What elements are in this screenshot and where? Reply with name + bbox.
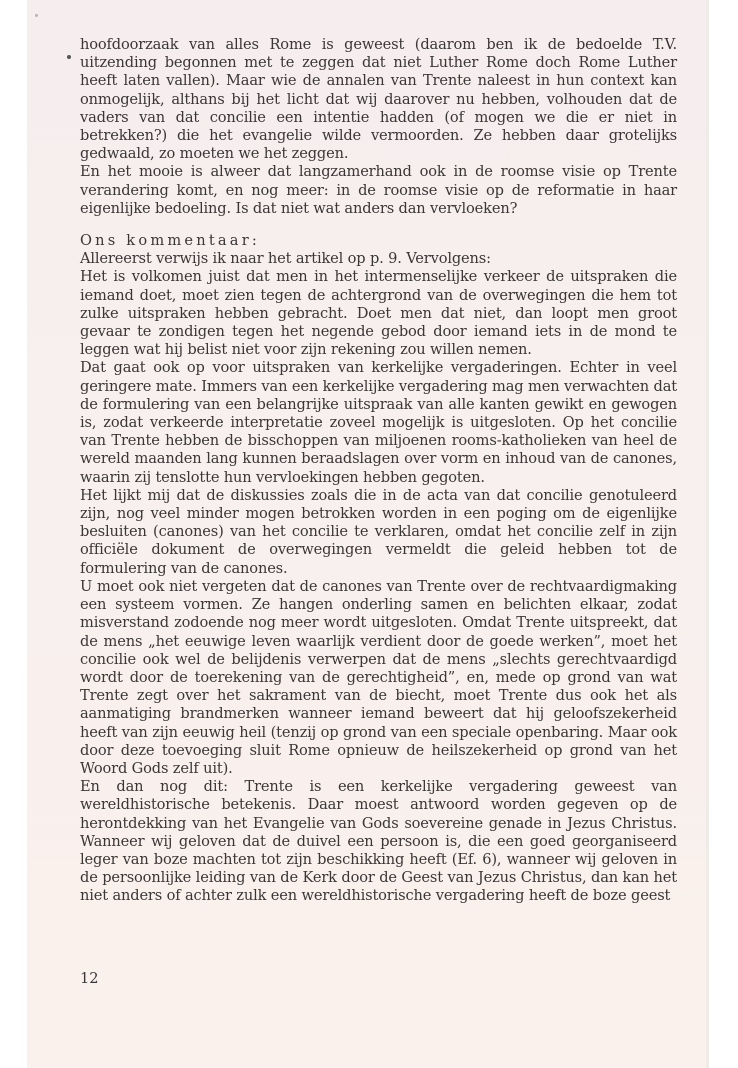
paragraph: Allereerst verwijs ik naar het artikel o… <box>80 250 677 268</box>
page-edge <box>706 0 709 1068</box>
paragraph: U moet ook niet vergeten dat de canones … <box>80 578 677 778</box>
paragraph: Dat gaat ook op voor uitspraken van kerk… <box>80 359 677 486</box>
margin-bullet-mark <box>67 55 71 59</box>
paragraph: En dan nog dit: Trente is een kerkelijke… <box>80 778 677 905</box>
page-number: 12 <box>80 970 99 987</box>
paragraph: Het lijkt mij dat de diskussies zoals di… <box>80 487 677 578</box>
body-text: hoofdoorzaak van alles Rome is geweest (… <box>80 36 677 906</box>
paragraph: En het mooie is alweer dat langzamerhand… <box>80 163 677 218</box>
paragraph: Het is volkomen juist dat men in het int… <box>80 268 677 359</box>
section-heading: Ons kommentaar: <box>80 232 677 250</box>
margin-speck <box>35 14 38 17</box>
paragraph: hoofdoorzaak van alles Rome is geweest (… <box>80 36 677 163</box>
